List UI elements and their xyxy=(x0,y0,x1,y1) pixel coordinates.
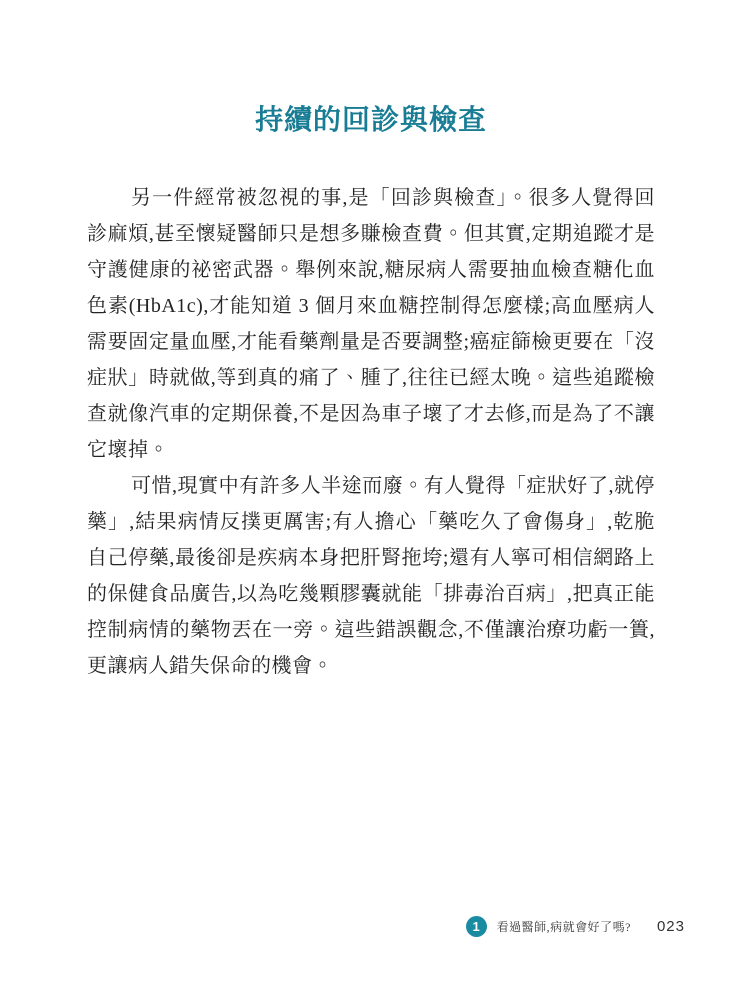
page-footer: 1 看過醫師,病就會好了嗎? 023 xyxy=(466,916,685,937)
chapter-number-badge: 1 xyxy=(466,916,487,937)
section-title: 持續的回診與檢查 xyxy=(87,98,655,138)
page-number: 023 xyxy=(657,918,685,935)
book-page: 持續的回診與檢查 另一件經常被忽視的事,是「回診與檢查」。很多人覺得回診麻煩,甚… xyxy=(0,0,739,1000)
body-text: 另一件經常被忽視的事,是「回診與檢查」。很多人覺得回診麻煩,甚至懷疑醫師只是想多… xyxy=(87,180,655,684)
paragraph: 另一件經常被忽視的事,是「回診與檢查」。很多人覺得回診麻煩,甚至懷疑醫師只是想多… xyxy=(87,180,655,468)
page-content: 持續的回診與檢查 另一件經常被忽視的事,是「回診與檢查」。很多人覺得回診麻煩,甚… xyxy=(87,98,655,684)
paragraph: 可惜,現實中有許多人半途而廢。有人覺得「症狀好了,就停藥」,結果病情反撲更厲害;… xyxy=(87,468,655,684)
footer-chapter-title: 看過醫師,病就會好了嗎? xyxy=(497,918,631,935)
